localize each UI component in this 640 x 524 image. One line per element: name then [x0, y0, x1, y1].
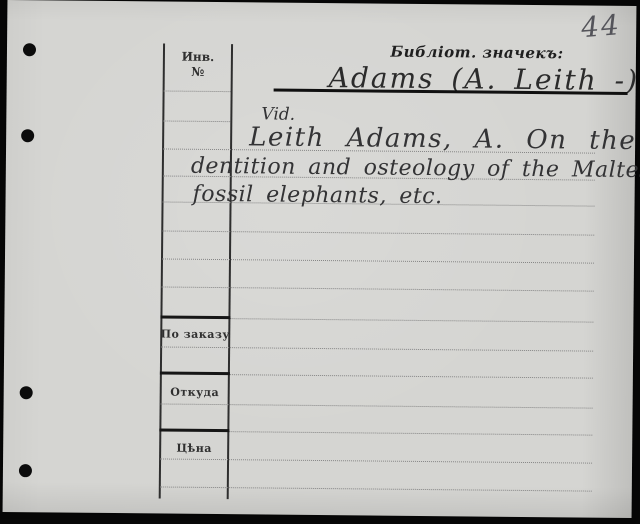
ruled-line	[162, 230, 594, 235]
entry-line: dentition and osteology of the Maltese	[191, 154, 640, 184]
ruled-line	[161, 403, 593, 408]
section-divider	[159, 428, 229, 432]
entry-line: Leith Adams, A. On the	[249, 122, 636, 156]
hole-punch	[23, 43, 36, 56]
ruled-line	[162, 258, 594, 263]
ruled-line	[164, 90, 231, 92]
ruled-line	[160, 458, 592, 463]
library-stamp-label: Библіот. значекъ:	[347, 42, 607, 62]
origin-section-label: Откуда	[160, 385, 230, 399]
inventory-label-line1: Инв.	[182, 50, 215, 64]
section-divider	[160, 371, 230, 375]
ruled-line	[230, 374, 593, 378]
page-number: 44	[580, 8, 622, 44]
ruled-line	[162, 286, 594, 291]
inventory-number-label: Инв. №	[163, 49, 233, 80]
ruled-line	[160, 486, 592, 491]
scan-background: { "document": { "page_number": "44", "st…	[0, 0, 640, 524]
price-section-label: Цѣна	[159, 441, 229, 455]
order-section-label: По заказу	[160, 327, 230, 341]
ruled-line	[230, 318, 593, 322]
ruled-line	[161, 346, 593, 351]
hole-punch	[20, 386, 33, 399]
hole-punch	[19, 464, 32, 477]
ruled-line	[163, 120, 230, 122]
entry-line: fossil elephants, etc.	[192, 182, 442, 209]
catalog-card: 44 Инв. № По заказу Откуда Цѣна Библіот.…	[3, 0, 637, 518]
hole-punch	[21, 129, 34, 142]
section-divider	[160, 315, 230, 319]
ruled-line	[229, 431, 592, 435]
inventory-label-line2: №	[191, 65, 204, 79]
